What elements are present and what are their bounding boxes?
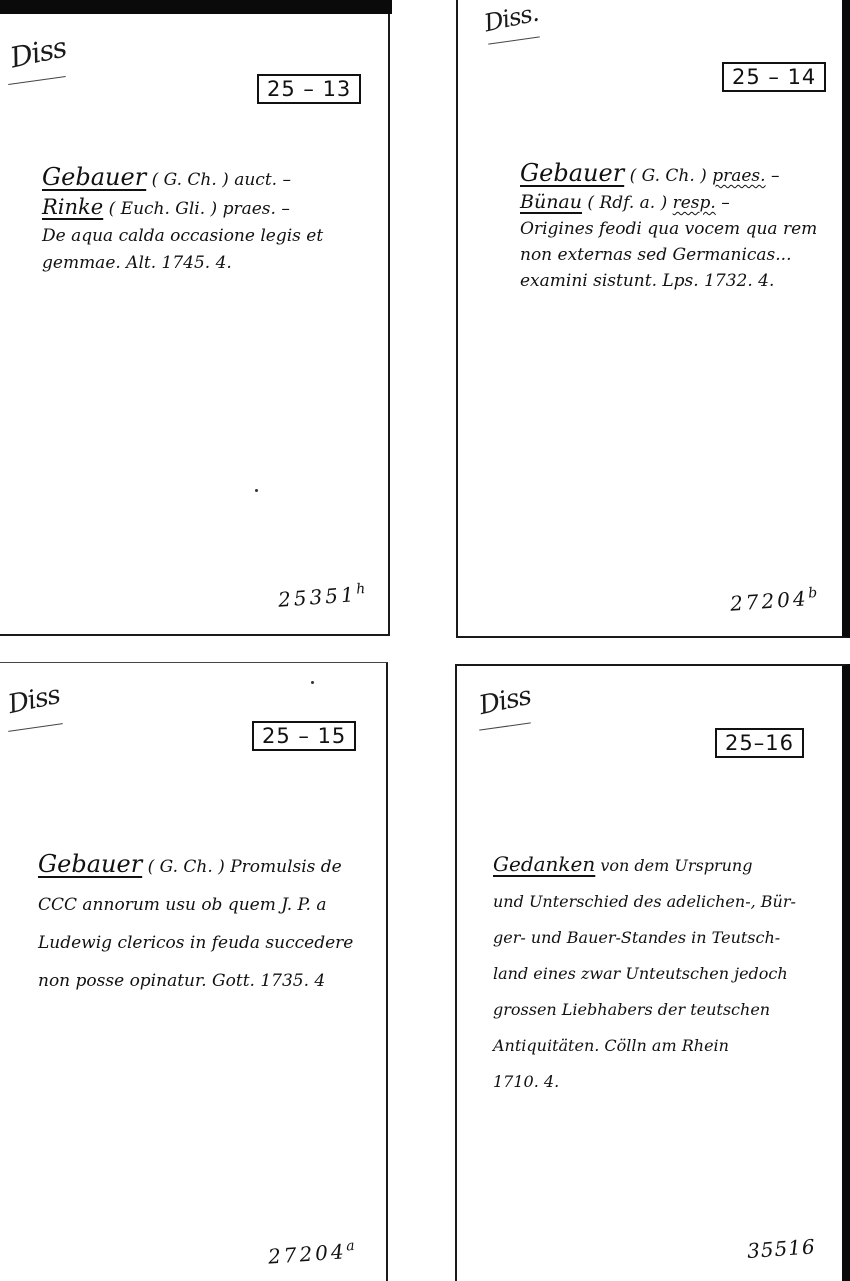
imprint-line: examini sistunt. Lps. 1732. 4. [520, 268, 817, 294]
catalog-card-25-13: Diss 25 – 13 Gebauer ( G. Ch. ) auct. – … [0, 14, 390, 636]
scan-top-edge [0, 0, 392, 14]
title-line: non externas sed Germanicas... [520, 242, 817, 268]
imprint-line: gemmae. Alt. 1745. 4. [42, 250, 323, 277]
dash: – [716, 193, 730, 213]
title-continuation: von dem Ursprung [595, 856, 752, 875]
shelf-number-box: 25 – 14 [722, 62, 826, 92]
scan-speck [311, 681, 314, 684]
accession-suffix: b [808, 585, 818, 602]
respondent-detail: ( Rdf. a. ) [582, 193, 673, 213]
accession-number: 35516 [746, 1234, 816, 1263]
imprint-line: Antiquitäten. Cölln am Rhein [493, 1028, 796, 1064]
accession-value: 35516 [746, 1234, 816, 1263]
role-resp: resp. [673, 193, 716, 213]
catalog-entry: Gedanken von dem Ursprung und Unterschie… [493, 846, 796, 1100]
title-line: Origines feodi qua vocem qua rem [520, 216, 817, 242]
shelf-number-box: 25 – 13 [257, 74, 361, 104]
title-line: und Unterschied des adelichen-, Bür- [493, 884, 796, 920]
imprint-line: non posse opinatur. Gott. 1735. 4 [38, 962, 353, 1000]
author-name: Gebauer [520, 159, 624, 187]
author-name: Gebauer [38, 850, 142, 878]
catalog-entry: Gebauer ( G. Ch. ) auct. – Rinke ( Euch.… [42, 164, 323, 277]
diss-underline [488, 36, 540, 44]
author-detail: ( G. Ch. ) [624, 166, 712, 186]
accession-suffix: h [356, 581, 366, 598]
catalog-card-25-14: Diss. 25 – 14 Gebauer ( G. Ch. ) praes. … [456, 0, 850, 638]
title-line: CCC annorum usu ob quem J. P. a [38, 886, 353, 924]
accession-suffix: a [346, 1238, 355, 1255]
accession-number: 25351h [277, 581, 366, 612]
catalog-entry: Gebauer ( G. Ch. ) praes. – Bünau ( Rdf.… [520, 160, 817, 294]
accession-number: 27204a [267, 1238, 355, 1269]
catalog-card-25-15: Diss 25 – 15 Gebauer ( G. Ch. ) Promulsi… [0, 662, 388, 1281]
shelf-number-box: 25–16 [715, 728, 804, 758]
diss-underline [8, 723, 63, 732]
praeses-name: Rinke [42, 195, 103, 219]
dash: – [766, 166, 780, 186]
diss-mark: Diss [5, 680, 62, 720]
accession-value: 27204 [729, 586, 809, 615]
diss-mark: Diss. [482, 0, 541, 37]
diss-underline [8, 76, 66, 85]
accession-value: 25351 [277, 582, 357, 611]
title-line: De aqua calda occasione legis et [42, 223, 323, 250]
scan-speck [255, 489, 258, 492]
role-praes: praes. [712, 166, 765, 186]
author-detail: ( G. Ch. ) auct. – [146, 170, 291, 190]
catalog-entry: Gebauer ( G. Ch. ) Promulsis de CCC anno… [38, 845, 353, 1000]
diss-underline [479, 722, 531, 730]
catalog-card-25-16: Diss 25–16 Gedanken von dem Ursprung und… [455, 664, 850, 1281]
title-line: Ludewig clericos in feuda succedere [38, 924, 353, 962]
diss-mark: Diss [476, 681, 533, 721]
diss-mark: Diss [7, 31, 69, 75]
author-name: Gebauer [42, 163, 146, 191]
title-lead-word: Gedanken [493, 852, 595, 876]
praeses-detail: ( Euch. Gli. ) praes. – [103, 199, 290, 219]
accession-value: 27204 [267, 1239, 347, 1268]
title-line: grossen Liebhabers der teutschen [493, 992, 796, 1028]
shelf-number-box: 25 – 15 [252, 721, 356, 751]
author-detail: ( G. Ch. ) Promulsis de [142, 857, 342, 877]
accession-number: 27204b [729, 585, 818, 616]
imprint-year: 1710. 4. [493, 1064, 796, 1100]
respondent-name: Bünau [520, 191, 582, 213]
title-line: land eines zwar Unteutschen jedoch [493, 956, 796, 992]
title-line: ger- und Bauer-Standes in Teutsch- [493, 920, 796, 956]
